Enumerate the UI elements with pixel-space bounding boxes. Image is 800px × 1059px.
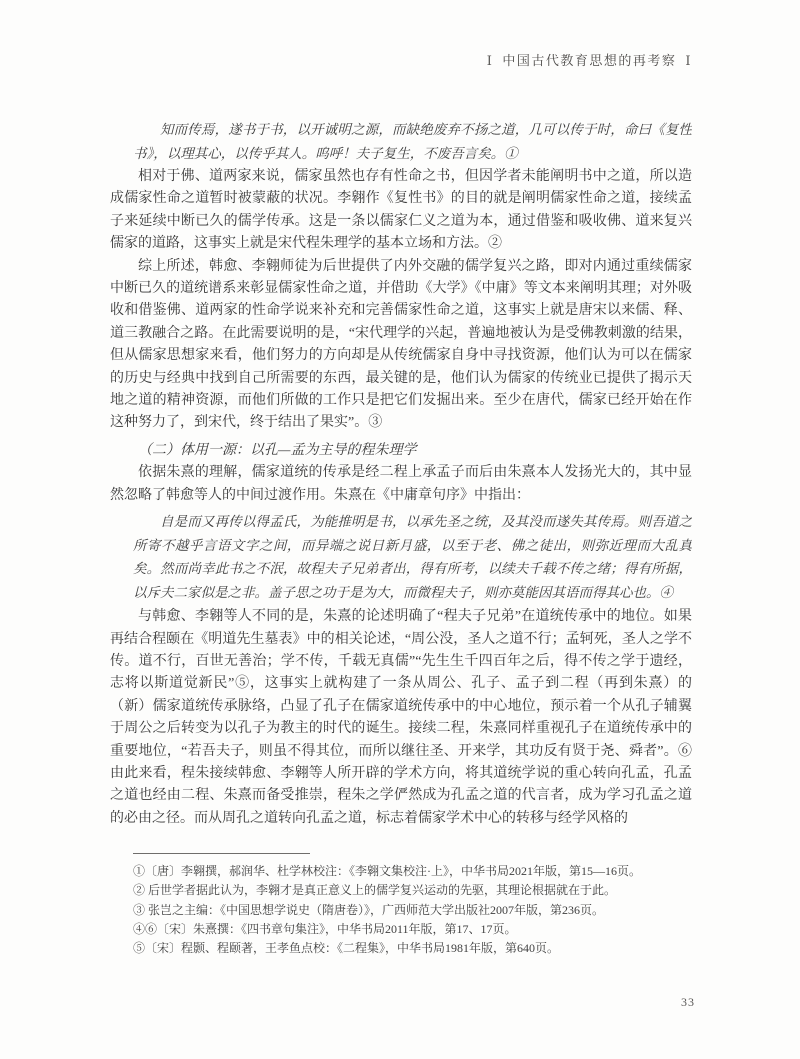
footnote-3: ③ 张岂之主编：《中国思想学说史（隋唐卷）》，广西师范大学出版社2007年版，第… xyxy=(110,901,692,920)
quote-block-fuxingshu: 知而传焉，遂书于书，以开诚明之源，而缺绝废弃不扬之道，几可以传于时，命曰《复性书… xyxy=(133,118,692,166)
paragraph-summary-daotong: 综上所述，韩愈、李翱师徒为后世提供了内外交融的儒学复兴之路，即对内通过重续儒家中… xyxy=(110,256,692,435)
footnote-4: ④⑥〔宋〕朱熹撰：《四书章句集注》，中华书局2011年版，第17、17页。 xyxy=(110,920,692,939)
paragraph-chengzhu-daotong: 与韩愈、李翱等人不同的是，朱熹的论述明确了“程夫子兄弟”在道统传承中的地位。如果… xyxy=(110,606,692,830)
page-number: 33 xyxy=(110,995,695,1010)
paragraph-liao-fuxingshu: 相对于佛、道两家来说，儒家虽然也存有性命之书，但因学者未能阐明书中之道，所以造成… xyxy=(110,166,692,256)
footnote-2: ② 后世学者据此认为，李翱才是真正意义上的儒学复兴运动的先驱，其理论根据就在于此… xyxy=(110,881,692,900)
running-header-title: 中国古代教育思想的再考察 xyxy=(502,53,676,68)
footnote-5: ⑤〔宋〕程颢、程颐著，王孝鱼点校：《二程集》，中华书局1981年版，第640页。 xyxy=(110,939,692,958)
header-right-bar: Ⅰ xyxy=(685,53,692,68)
section-heading-tiyong-yiyuan: （二）体用一源：以孔—孟为主导的程朱理学 xyxy=(110,440,692,462)
quote-block-zhongyong-preface: 自是而又再传以得孟氏，为能推明是书，以承先圣之统，及其没而遂失其传焉。则吾道之所… xyxy=(133,510,692,604)
paragraph-zhuxi-intro: 依据朱熹的理解，儒家道统的传承是经二程上承孟子而后由朱熹本人发扬光大的，其中显然… xyxy=(110,462,692,507)
header-left-bar: Ⅰ xyxy=(487,53,494,68)
main-text-area: 知而传焉，遂书于书，以开诚明之源，而缺绝废弃不扬之道，几可以传于时，命曰《复性书… xyxy=(110,114,692,856)
footnote-divider xyxy=(133,853,310,854)
book-page: Ⅰ中国古代教育思想的再考察Ⅰ 知而传焉，遂书于书，以开诚明之源，而缺绝废弃不扬之… xyxy=(0,0,800,1059)
footnote-area: ①〔唐〕李翱撰，郝润华、杜学林校注：《李翱文集校注·上》，中华书局2021年版，… xyxy=(110,853,692,958)
running-header: Ⅰ中国古代教育思想的再考察Ⅰ xyxy=(487,50,692,69)
footnote-1: ①〔唐〕李翱撰，郝润华、杜学林校注：《李翱文集校注·上》，中华书局2021年版，… xyxy=(110,862,692,881)
